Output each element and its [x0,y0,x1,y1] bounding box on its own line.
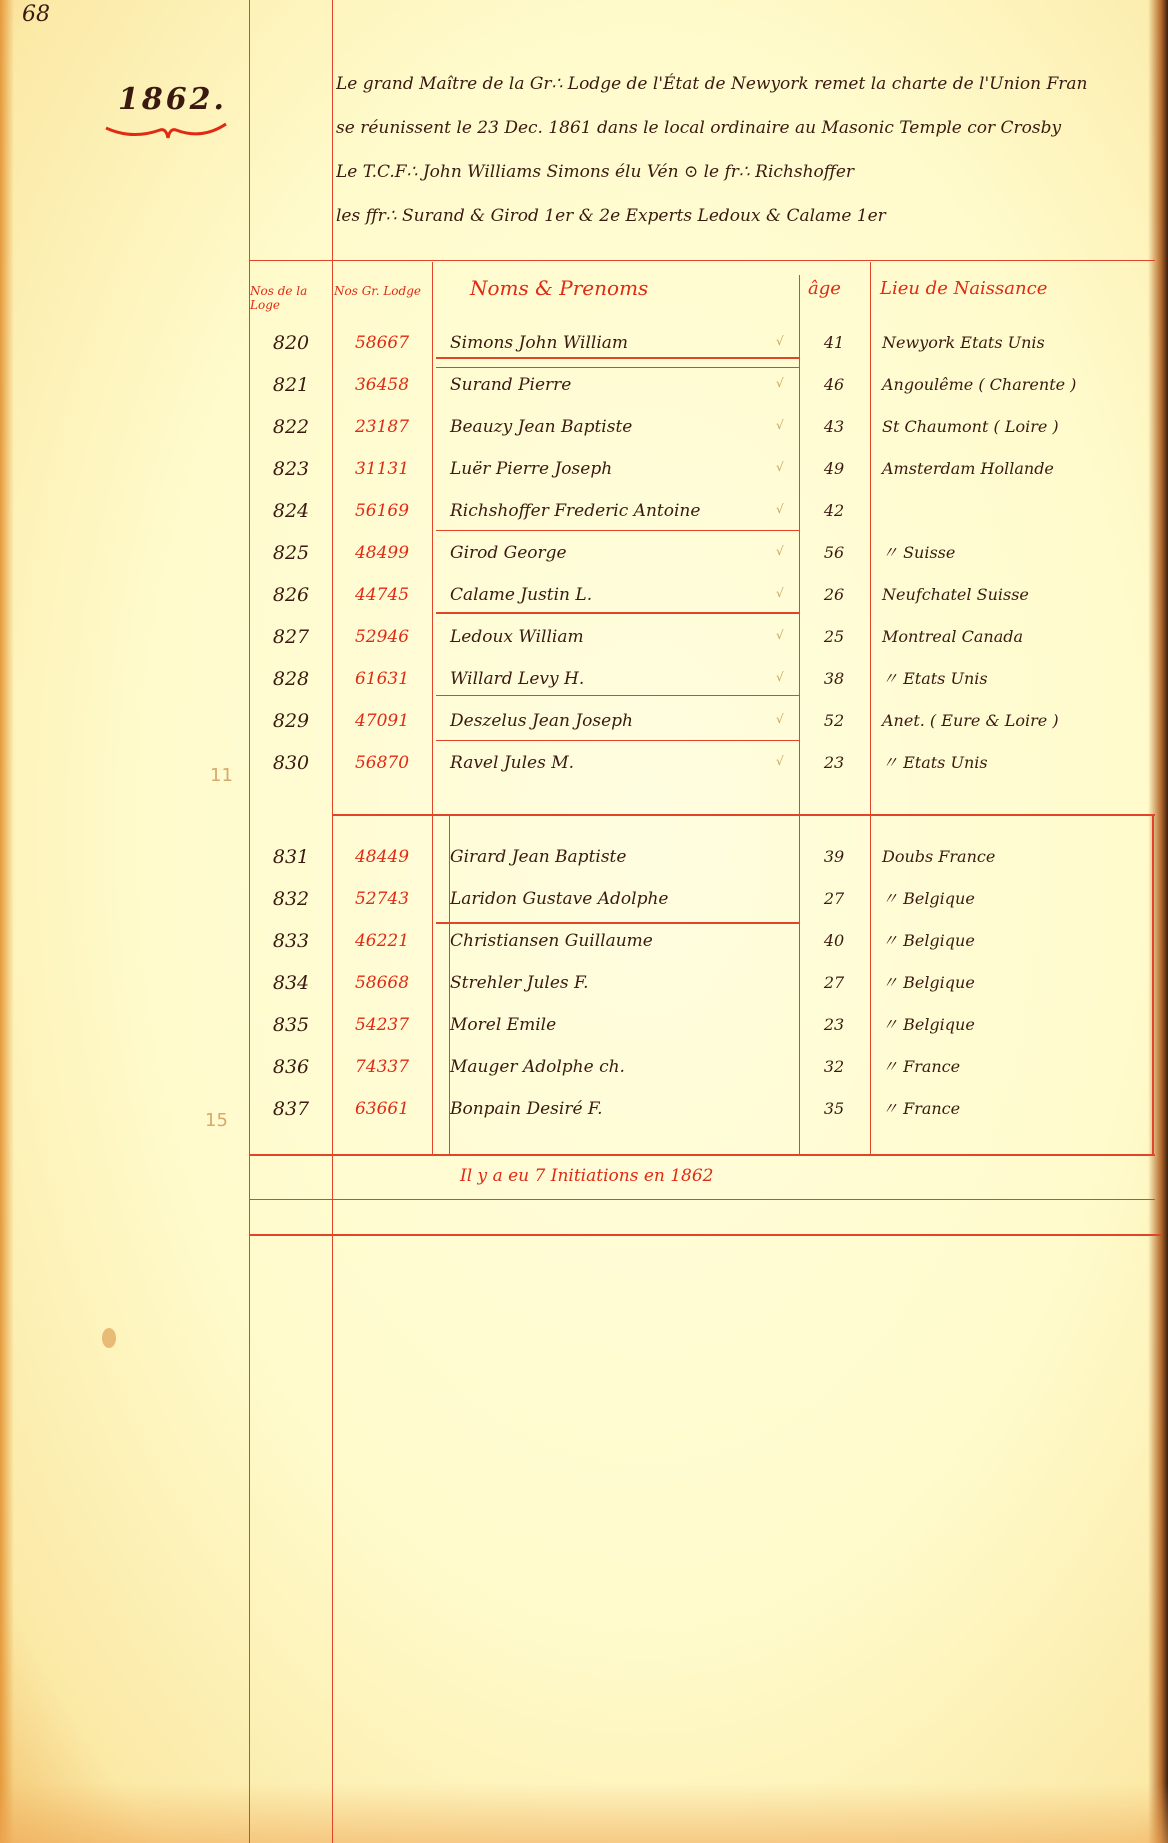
member-birthplace: 〃 Belgique [874,878,1162,920]
member-name: Richshoffer Frederic Antoine [444,490,790,532]
margin-rule-1 [249,0,250,1843]
check-mark-icon: √ [776,334,784,348]
grand-lodge-number: 61631 [336,658,428,700]
member-birthplace [874,490,1162,532]
lodge-number: 820 [252,322,330,364]
member-name: Morel Emile [444,1004,790,1046]
member-birthplace: 〃 Belgique [874,962,1162,1004]
grand-lodge-number: 63661 [336,1088,428,1130]
section-break-rule [332,814,1155,816]
check-mark-icon: √ [776,628,784,642]
lodge-number: 834 [252,962,330,1004]
member-birthplace: Angoulême ( Charente ) [874,364,1162,406]
summary-rule [249,1199,1155,1200]
lodge-number: 837 [252,1088,330,1130]
grand-lodge-number: 31131 [336,448,428,490]
check-mark-icon: √ [776,418,784,432]
member-age: 49 [803,448,865,490]
member-age: 42 [803,490,865,532]
member-birthplace: 〃 France [874,1088,1162,1130]
member-name: Willard Levy H. [444,658,790,700]
margin-rule-2 [332,0,333,1843]
member-name: Surand Pierre [444,364,790,406]
member-name: Christiansen Guillaume [444,920,790,962]
member-name: Mauger Adolphe ch. [444,1046,790,1088]
member-name: Girard Jean Baptiste [444,836,790,878]
member-birthplace: Anet. ( Eure & Loire ) [874,700,1162,742]
margin-pencil-mark: 11 [210,765,233,786]
member-name: Ledoux William [444,616,790,658]
member-age: 56 [803,532,865,574]
col-header-lodge-no: Nos de la Loge [250,284,332,312]
minutes-line: Le grand Maître de la Gr∴ Lodge de l'Éta… [336,62,1156,106]
member-name: Bonpain Desiré F. [444,1088,790,1130]
member-name: Luër Pierre Joseph [444,448,790,490]
grand-lodge-number: 48449 [336,836,428,878]
member-age: 32 [803,1046,865,1088]
minutes-paragraph: Le grand Maître de la Gr∴ Lodge de l'Éta… [336,62,1156,238]
grand-lodge-number: 48499 [336,532,428,574]
year-brace-ornament [102,120,230,142]
grand-lodge-number: 58668 [336,962,428,1004]
lodge-number: 827 [252,616,330,658]
member-birthplace: Newyork Etats Unis [874,322,1162,364]
check-mark-icon: √ [776,544,784,558]
minutes-line: se réunissent le 23 Dec. 1861 dans le lo… [336,106,1156,150]
member-birthplace: 〃 Suisse [874,532,1162,574]
member-name: Calame Justin L. [444,574,790,616]
member-age: 35 [803,1088,865,1130]
member-name: Simons John William [444,322,790,364]
lodge-number: 829 [252,700,330,742]
page-edge-left [0,0,14,1843]
initiations-summary: Il y a eu 7 Initiations en 1862 [460,1166,714,1186]
table-top-rule [249,260,1155,261]
member-birthplace: 〃 Belgique [874,1004,1162,1046]
minutes-line: Le T.C.F∴ John Williams Simons élu Vén ⊙… [336,150,1156,194]
lodge-number: 835 [252,1004,330,1046]
grand-lodge-number: 44745 [336,574,428,616]
check-mark-icon: √ [776,670,784,684]
member-name: Ravel Jules M. [444,742,790,784]
grand-lodge-number: 36458 [336,364,428,406]
member-age: 27 [803,962,865,1004]
check-mark-icon: √ [776,586,784,600]
member-age: 52 [803,700,865,742]
lodge-number: 824 [252,490,330,532]
member-name: Laridon Gustave Adolphe [444,878,790,920]
check-mark-icon: √ [776,712,784,726]
place-col-left-rule [870,262,871,1154]
member-age: 38 [803,658,865,700]
member-birthplace: 〃 France [874,1046,1162,1088]
member-age: 23 [803,1004,865,1046]
margin-pencil-mark: 15 [205,1110,228,1131]
member-birthplace: 〃 Etats Unis [874,742,1162,784]
age-col-left-rule [799,275,800,1154]
lodge-number: 836 [252,1046,330,1088]
grand-lodge-number: 54237 [336,1004,428,1046]
lodge-number: 832 [252,878,330,920]
grand-lodge-number: 46221 [336,920,428,962]
member-age: 46 [803,364,865,406]
col-header-grand-lodge-no: Nos Gr. Lodge [334,284,430,298]
check-mark-icon: √ [776,502,784,516]
col-header-age: âge [808,278,841,299]
lodge-number: 830 [252,742,330,784]
page-edge-bottom [0,1783,1168,1843]
check-mark-icon: √ [776,754,784,768]
year-heading: 1862. [118,82,227,117]
grand-lodge-number: 58667 [336,322,428,364]
member-age: 43 [803,406,865,448]
lodge-number: 833 [252,920,330,962]
member-birthplace: 〃 Etats Unis [874,658,1162,700]
lodge-number: 825 [252,532,330,574]
ink-stain [102,1328,116,1348]
minutes-line: les ffr∴ Surand & Girod 1er & 2e Experts… [336,194,1156,238]
member-age: 23 [803,742,865,784]
lodge-number: 826 [252,574,330,616]
member-age: 39 [803,836,865,878]
summary-rule-thick [249,1234,1161,1236]
member-age: 40 [803,920,865,962]
member-age: 25 [803,616,865,658]
lodge-number: 828 [252,658,330,700]
member-age: 41 [803,322,865,364]
lodge-number: 831 [252,836,330,878]
grand-lodge-number: 52946 [336,616,428,658]
member-age: 26 [803,574,865,616]
member-name: Deszelus Jean Joseph [444,700,790,742]
member-birthplace: 〃 Belgique [874,920,1162,962]
grand-lodge-number: 47091 [336,700,428,742]
col-header-birthplace: Lieu de Naissance [880,278,1047,299]
member-birthplace: Doubs France [874,836,1162,878]
grand-lodge-number: 56169 [336,490,428,532]
member-birthplace: Amsterdam Hollande [874,448,1162,490]
grand-lodge-number: 74337 [336,1046,428,1088]
member-name: Strehler Jules F. [444,962,790,1004]
member-age: 27 [803,878,865,920]
member-name: Beauzy Jean Baptiste [444,406,790,448]
lodge-number: 822 [252,406,330,448]
name-col-left-rule [432,262,433,1154]
grand-lodge-number: 56870 [336,742,428,784]
col-header-name: Noms & Prenoms [470,276,648,300]
member-birthplace: Neufchatel Suisse [874,574,1162,616]
check-mark-icon: √ [776,376,784,390]
table-bottom-rule [249,1154,1155,1156]
grand-lodge-number: 52743 [336,878,428,920]
check-mark-icon: √ [776,460,784,474]
page-number: 68 [22,2,50,27]
member-name: Girod George [444,532,790,574]
member-birthplace: St Chaumont ( Loire ) [874,406,1162,448]
lodge-number: 821 [252,364,330,406]
grand-lodge-number: 23187 [336,406,428,448]
lodge-number: 823 [252,448,330,490]
member-birthplace: Montreal Canada [874,616,1162,658]
